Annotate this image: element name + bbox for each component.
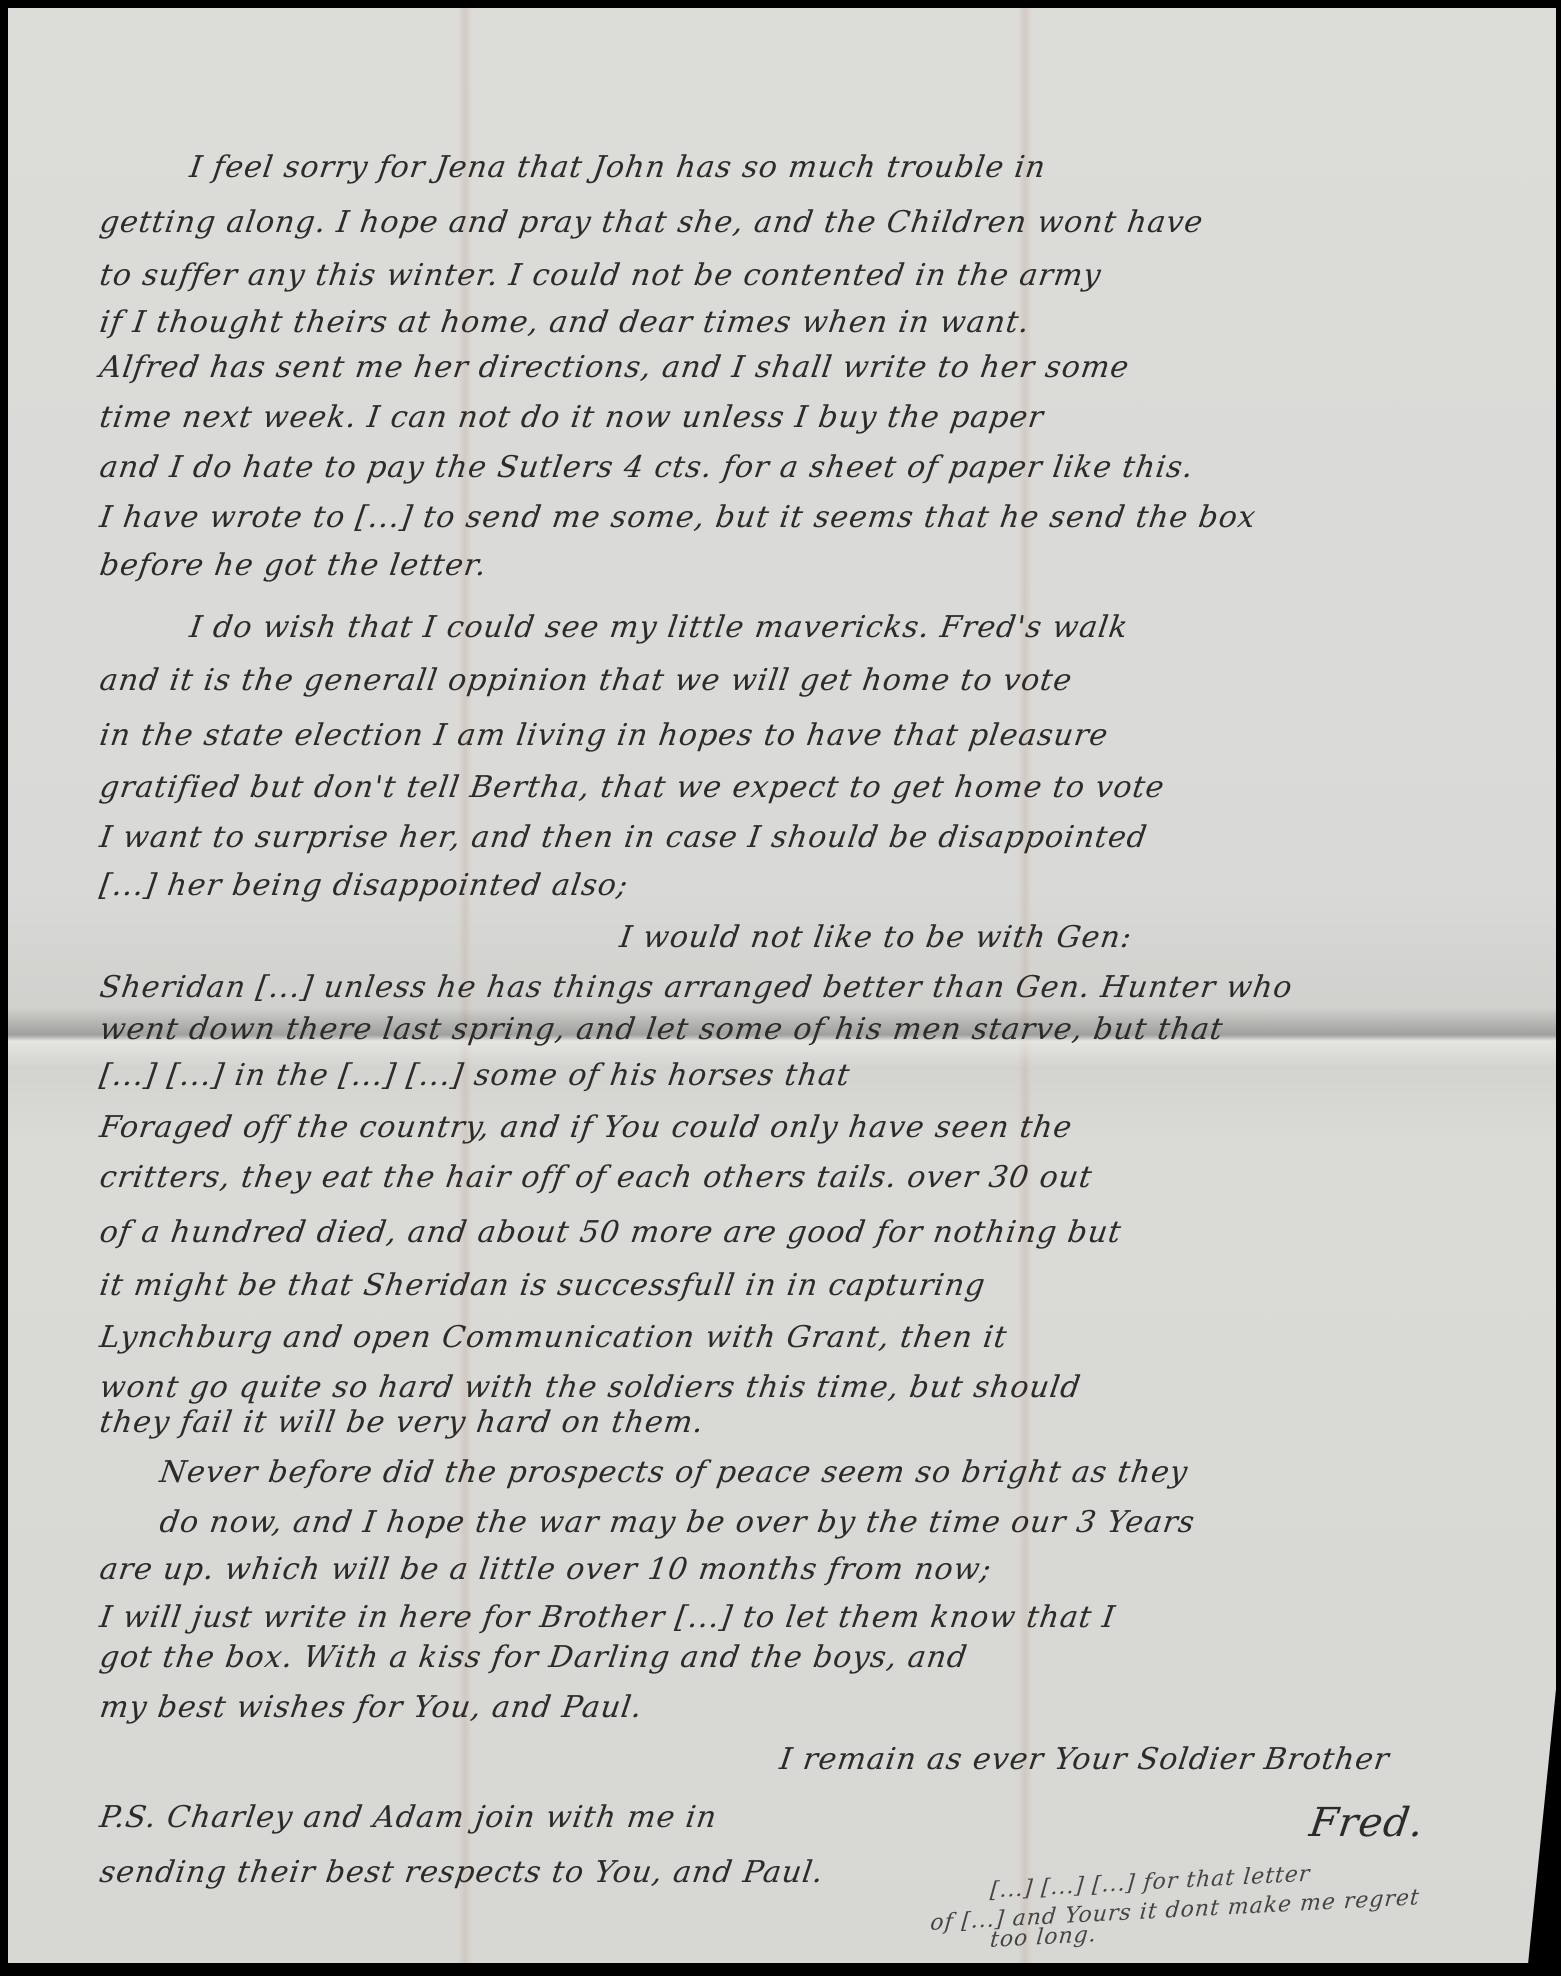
letter-line: before he got the letter. [98,548,490,583]
letter-line: P.S. Charley and Adam join with me in [98,1800,720,1835]
letter-line: Lynchburg and open Communication with Gr… [98,1320,1010,1355]
letter-line: do now, and I hope the war may be over b… [158,1505,1198,1540]
letter-line: time next week. I can not do it now unle… [98,400,1047,435]
letter-line: they fail it will be very hard on them. [98,1405,707,1440]
letter-line: and I do hate to pay the Sutlers 4 cts. … [98,450,1196,485]
letter-line: critters, they eat the hair off of each … [98,1160,1095,1195]
letter-line: [...] [...] in the [...] [...] some of h… [98,1058,853,1093]
letter-line: [...] her being disappointed also; [98,868,631,903]
letter-line: I would not like to be with Gen: [618,920,1135,955]
letter-line: I want to surprise her, and then in case… [98,820,1150,855]
letter-line: if I thought theirs at home, and dear ti… [98,305,1033,340]
letter-line: I do wish that I could see my little mav… [188,610,1131,645]
letter-line: I remain as ever Your Soldier Brother [778,1742,1392,1777]
letter-line: I feel sorry for Jena that John has so m… [188,150,1049,185]
letter-line: I will just write in here for Brother [.… [98,1600,1118,1635]
letter-line: of a hundred died, and about 50 more are… [98,1215,1124,1250]
signature: Fred. [1307,1800,1427,1846]
letter-line: I have wrote to [...] to send me some, b… [98,500,1259,535]
letter-line: and it is the generall oppinion that we … [98,663,1075,698]
letter-line: gratified but don't tell Bertha, that we… [98,770,1167,805]
letter-line: it might be that Sheridan is successfull… [98,1268,988,1303]
letter-line: getting along. I hope and pray that she,… [98,205,1206,240]
letter-line: in the state election I am living in hop… [98,718,1111,753]
letter-line: Alfred has sent me her directions, and I… [98,350,1132,385]
letter-line: my best wishes for You, and Paul. [98,1690,645,1725]
letter-line: are up. which will be a little over 10 m… [98,1552,995,1587]
letter-line: got the box. With a kiss for Darling and… [98,1640,970,1675]
letter-line: went down there last spring, and let som… [98,1012,1226,1047]
letter-line: Sheridan [...] unless he has things arra… [98,970,1295,1005]
letter-line: sending their best respects to You, and … [98,1855,826,1890]
letter-line: wont go quite so hard with the soldiers … [98,1370,1084,1405]
letter-line: to suffer any this winter. I could not b… [98,258,1104,293]
letter-line: Never before did the prospects of peace … [158,1455,1191,1490]
letter-line: Foraged off the country, and if You coul… [98,1110,1075,1145]
